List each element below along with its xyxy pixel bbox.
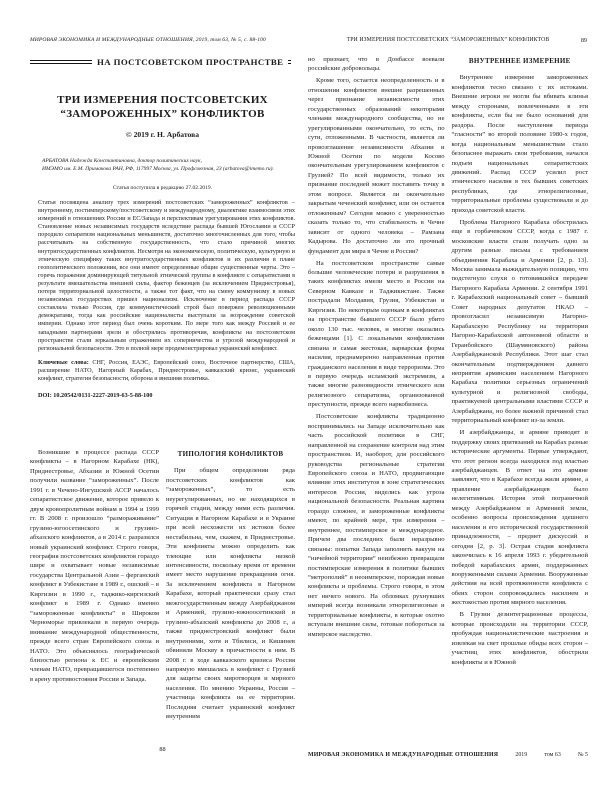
article-running-head: ТРИ ИЗМЕРЕНИЯ ПОСТСОВЕТСКИХ “ЗАМОРОЖЕННЫ… bbox=[308, 37, 588, 43]
frontmatter-block: Статья посвящена анализу трех измерений … bbox=[38, 199, 295, 399]
article-title-line1: ТРИ ИЗМЕРЕНИЯ ПОСТСОВЕТСКИХ bbox=[57, 94, 268, 106]
paragraph: В Грузии дезинтеграционные процессы, кот… bbox=[452, 610, 589, 667]
banner-rule-right bbox=[288, 60, 291, 64]
article-title: ТРИ ИЗМЕРЕНИЯ ПОСТСОВЕТСКИХ “ЗАМОРОЖЕННЫ… bbox=[30, 94, 295, 121]
keywords-block: Ключевые слова: СНГ, Россия, ЕАЭС, Европ… bbox=[38, 359, 295, 383]
footer-issue: № 5 bbox=[578, 752, 588, 758]
paragraph: Возникшие в процессе распада СССР конфли… bbox=[30, 448, 159, 684]
right-page-column-2-text: Внутреннее измерение замороженных конфли… bbox=[452, 73, 589, 667]
journal-running-head: МИРОВАЯ ЭКОНОМИКА И МЕЖДУНАРОДНЫЕ ОТНОШЕ… bbox=[30, 37, 295, 43]
keywords-label: Ключевые слова: bbox=[38, 359, 92, 366]
section-heading-typology: ТИПОЛОГИЯ КОНФЛИКТОВ bbox=[166, 450, 295, 459]
page-left: МИРОВАЯ ЭКОНОМИКА И МЕЖДУНАРОДНЫЕ ОТНОШЕ… bbox=[30, 0, 295, 800]
footer-volume: том 63 bbox=[544, 752, 560, 758]
copyright-author-line: © 2019 г. Н. Арбатова bbox=[30, 130, 295, 139]
paragraph: Проблема Нагорного Карабаха обострилась … bbox=[452, 218, 589, 426]
body-columns-left-page: Возникшие в процессе распада СССР конфли… bbox=[30, 448, 295, 722]
author-affiliation-line1: АРБАТОВА Надежда Константиновна, доктор … bbox=[42, 157, 295, 165]
paragraph: но признает, что в Донбассе воевали росс… bbox=[308, 55, 445, 74]
paragraph: Постсоветские конфликты традиционно восп… bbox=[308, 412, 445, 639]
section-banner: НА ПОСТСОВЕТСКОМ ПРОСТРАНСТВЕ bbox=[30, 57, 291, 67]
scanned-journal-spread: { "left_page": { "header": "МИРОВАЯ ЭКОН… bbox=[0, 0, 600, 800]
abstract-text: Статья посвящена анализу трех измерений … bbox=[38, 199, 295, 353]
body-columns-right-page: но признает, что в Донбассе воевали росс… bbox=[308, 55, 588, 667]
journal-footer: МИРОВАЯ ЭКОНОМИКА И МЕЖДУНАРОДНЫЕ ОТНОШЕ… bbox=[308, 752, 588, 758]
banner-rule-left bbox=[30, 60, 92, 64]
paragraph: И азербайджанцы, и армяне приводят в под… bbox=[452, 428, 589, 608]
left-page-column-2: ТИПОЛОГИЯ КОНФЛИКТОВ При общем определен… bbox=[166, 448, 295, 722]
doi-line: DOI: 10.20542/0131-2227-2019-63-5-88-100 bbox=[38, 392, 295, 399]
section-banner-label: НА ПОСТСОВЕТСКОМ ПРОСТРАНСТВЕ bbox=[97, 57, 283, 67]
page-number-88: 88 bbox=[30, 746, 295, 753]
footer-year: 2019 bbox=[515, 752, 527, 758]
left-page-column-1: Возникшие в процессе распада СССР конфли… bbox=[30, 448, 159, 722]
page-number-89: 89 bbox=[581, 37, 587, 44]
paragraph: Внутреннее измерение замороженных конфли… bbox=[452, 73, 589, 215]
right-page-column-2: ВНУТРЕННЕЕ ИЗМЕРЕНИЕ Внутреннее измерени… bbox=[452, 55, 589, 667]
received-date-line: Статья поступила в редакцию 27.02.2019. bbox=[30, 185, 295, 191]
author-affiliation: АРБАТОВА Надежда Константиновна, доктор … bbox=[42, 157, 295, 173]
section-heading-internal-dimension: ВНУТРЕННЕЕ ИЗМЕРЕНИЕ bbox=[452, 57, 589, 66]
article-title-line2: “ЗАМОРОЖЕННЫХ” КОНФЛИКТОВ bbox=[60, 108, 264, 120]
paragraph: При общем определении ряда постсоветских… bbox=[166, 466, 295, 721]
author-affiliation-line2: ИМЭМО им. Е.М. Примакова РАН, РФ, 117997… bbox=[42, 165, 295, 173]
right-page-column-1: но признает, что в Донбассе воевали росс… bbox=[308, 55, 445, 667]
footer-journal-name: МИРОВАЯ ЭКОНОМИКА И МЕЖДУНАРОДНЫЕ ОТНОШЕ… bbox=[308, 752, 498, 758]
paragraph: На постсоветском пространстве самые боль… bbox=[308, 259, 445, 410]
page-right: ТРИ ИЗМЕРЕНИЯ ПОСТСОВЕТСКИХ “ЗАМОРОЖЕННЫ… bbox=[308, 0, 588, 800]
paragraph: Кроме того, остается неопределенность и … bbox=[308, 76, 445, 256]
left-page-column-2-text: При общем определении ряда постсоветских… bbox=[166, 466, 295, 721]
